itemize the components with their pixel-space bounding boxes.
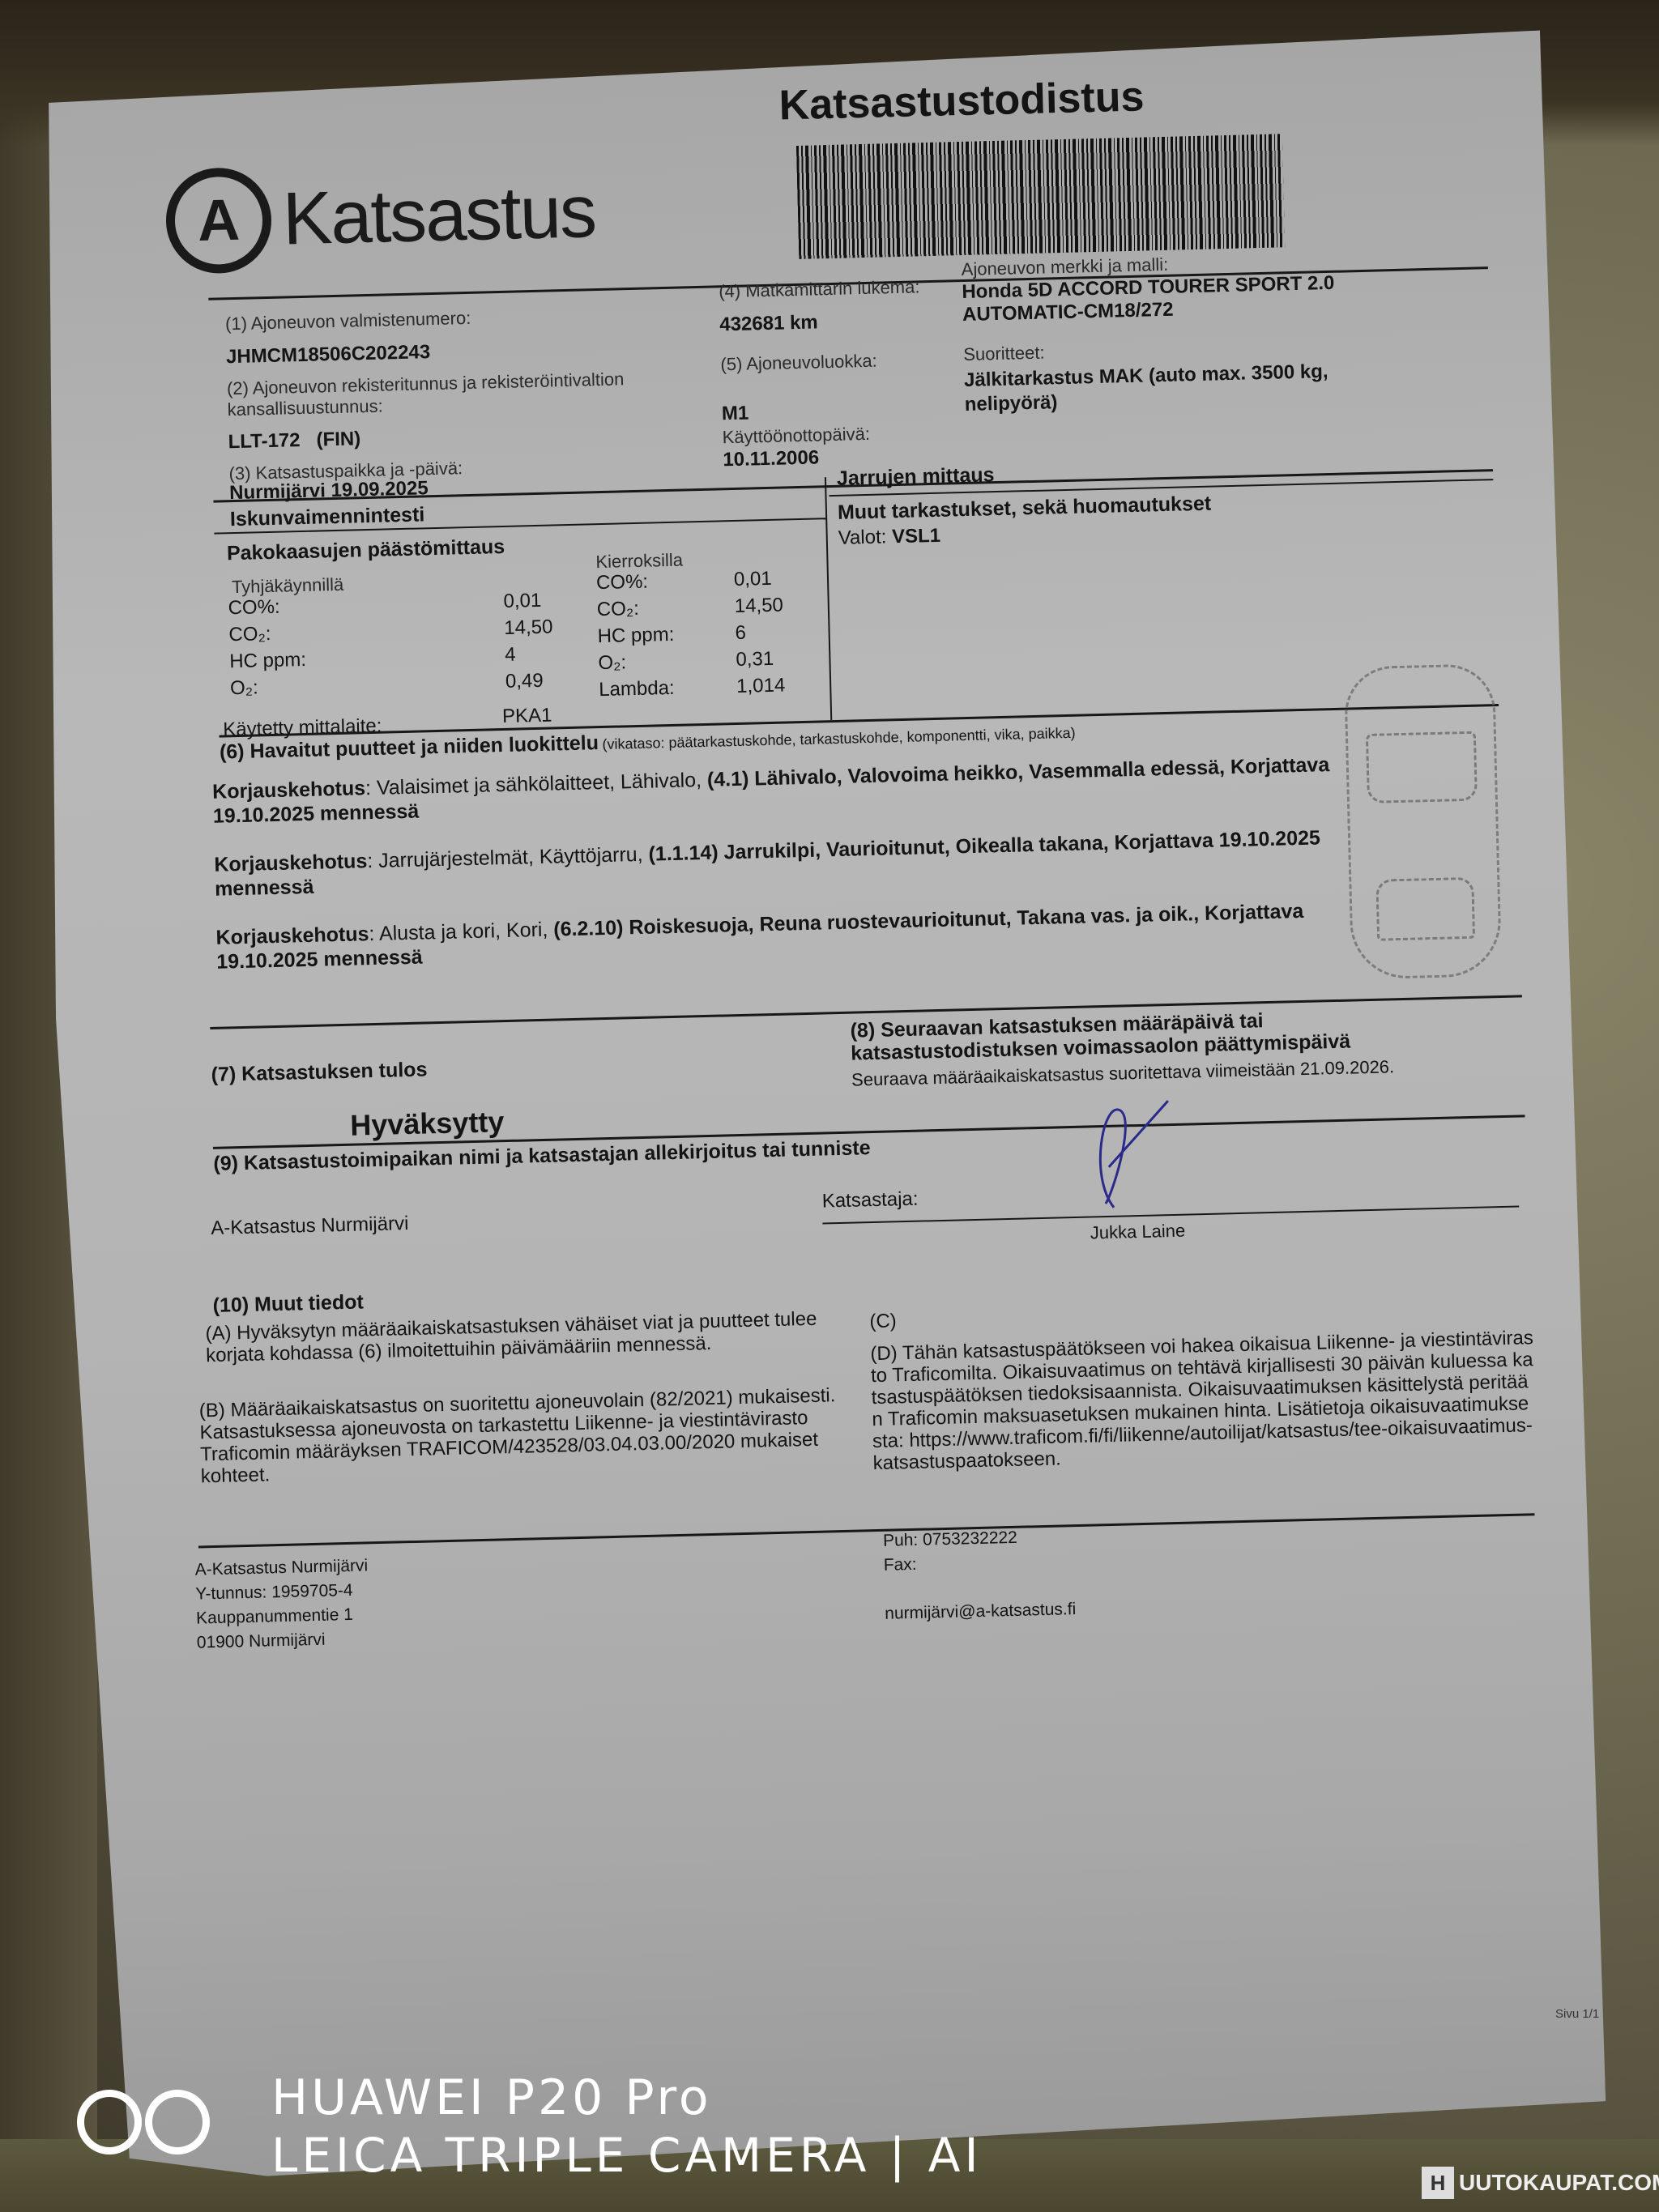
document-title: Katsastustodistus xyxy=(778,72,1145,130)
barcode xyxy=(796,134,1285,259)
footer-contact: Puh: 0753232222 Fax: nurmijärvi@a-katsas… xyxy=(883,1524,1077,1626)
emission-label: CO₂: xyxy=(597,598,640,620)
car-rear-window xyxy=(1375,877,1475,941)
emission-value: 14,50 xyxy=(734,595,783,618)
emission-label: HC ppm: xyxy=(229,649,306,672)
car-windshield xyxy=(1366,731,1478,803)
shock-test-heading: Iskunvaimennintesti xyxy=(230,503,425,531)
next-inspection-heading: (8) Seuraavan katsastuksen määräpäivä ta… xyxy=(850,1005,1434,1065)
lights-value: VSL1 xyxy=(892,525,941,548)
vehicle-class-label: (5) Ajoneuvoluokka: xyxy=(720,351,877,376)
footer-email[interactable]: nurmijärvi@a-katsastus.fi xyxy=(885,1597,1077,1626)
rpm-heading: Kierroksilla xyxy=(595,550,683,573)
station-name: A-Katsastus Nurmijärvi xyxy=(211,1213,409,1240)
brand-logo: A Katsastus xyxy=(164,159,596,275)
footer-street: Kauppanummentie 1 xyxy=(196,1602,369,1630)
emissions-heading: Pakokaasujen päästömittaus xyxy=(227,535,505,565)
emission-label: O₂: xyxy=(230,676,258,699)
emission-row: Lambda:1,014 xyxy=(599,674,810,705)
odometer-value: 432681 km xyxy=(719,311,818,336)
defects-list: Korjauskehotus: Valaisimet ja sähkölaitt… xyxy=(212,752,1335,999)
emission-label: CO%: xyxy=(228,596,280,620)
emission-label: O₂: xyxy=(598,651,626,674)
performed-value: Jälkitarkastus MAK (auto max. 3500 kg, n… xyxy=(964,357,1418,417)
emission-label: CO%: xyxy=(596,571,649,595)
camera-rings-icon xyxy=(77,2090,210,2154)
performed-label: Suoritteet: xyxy=(963,343,1045,365)
registration-label: (2) Ajoneuvon rekisteritunnus ja rekiste… xyxy=(227,368,681,421)
site-watermark: H UUTOKAUPAT.COM xyxy=(1422,2167,1659,2199)
defect-item: Korjauskehotus: Alusta ja kori, Kori, (6… xyxy=(215,898,1334,974)
emission-label: CO₂: xyxy=(228,623,271,646)
footer-address: A-Katsastus Nurmijärvi Y-tunnus: 1959705… xyxy=(194,1554,369,1655)
other-info-b: (B) Määräaikaiskatsastus on suoritettu a… xyxy=(199,1384,857,1488)
odometer-label: (4) Matkamittarin lukema: xyxy=(719,276,920,302)
other-info-a: (A) Hyväksytyn määräaikaiskatsastuksen v… xyxy=(205,1307,854,1367)
car-diagram xyxy=(1344,663,1502,979)
result-value: Hyväksytty xyxy=(350,1105,505,1143)
device-value: PKA1 xyxy=(502,705,552,728)
registration-value: LLT-172 (FIN) xyxy=(228,428,360,454)
emission-value: 0,49 xyxy=(505,670,544,693)
first-use-value: 10.11.2006 xyxy=(723,446,819,471)
emission-value: 14,50 xyxy=(504,616,553,639)
inspector-signature xyxy=(1079,1093,1179,1217)
brakes-heading: Jarrujen mittaus xyxy=(837,463,995,491)
other-checks-heading: Muut tarkastukset, sekä huomautukset xyxy=(838,492,1212,525)
inspector-label: Katsastaja: xyxy=(821,1188,918,1213)
emission-label: Lambda: xyxy=(599,677,675,701)
emission-value: 0,31 xyxy=(736,648,774,671)
defect-item: Korjauskehotus: Jarrujärjestelmät, Käytt… xyxy=(214,825,1333,901)
result-heading: (7) Katsastuksen tulos xyxy=(211,1058,427,1087)
emission-value: 6 xyxy=(735,622,746,645)
inspection-certificate: Katsastustodistus A Katsastus (1) Ajoneu… xyxy=(32,30,1606,2180)
first-use-label: Käyttöönottopäivä: xyxy=(722,424,870,448)
page-number: Sivu 1/1 xyxy=(1555,2007,1599,2021)
signature-heading: (9) Katsastustoimipaikan nimi ja katsast… xyxy=(213,1136,871,1176)
brand-name: Katsastus xyxy=(282,169,596,262)
lights-label: Valot: xyxy=(838,526,886,548)
defects-note: (vikataso: päätarkastuskohde, tarkastusk… xyxy=(602,725,1076,752)
vin-value: JHMCM18506C202243 xyxy=(226,341,431,369)
vin-label: (1) Ajoneuvon valmistenumero: xyxy=(225,308,471,335)
rpm-table: CO%:0,01CO₂:14,50HC ppm:6O₂:0,31Lambda:1… xyxy=(596,567,810,705)
huutokaupat-logo-icon: H xyxy=(1422,2167,1454,2199)
idle-table: CO%:0,01CO₂:14,50HC ppm:4O₂:0,49 xyxy=(228,589,554,704)
inspector-name: Jukka Laine xyxy=(1090,1221,1186,1244)
other-info-heading: (10) Muut tiedot xyxy=(212,1290,364,1318)
a-katsastus-logo-icon: A xyxy=(164,167,272,275)
emission-value: 0,01 xyxy=(734,568,772,591)
camera-line2: LEICA TRIPLE CAMERA | AI xyxy=(271,2128,983,2183)
defect-item: Korjauskehotus: Valaisimet ja sähkölaitt… xyxy=(212,752,1331,829)
other-info-d: (D) Tähän katsastuspäätökseen voi hakea … xyxy=(870,1327,1537,1474)
vehicle-class-value: M1 xyxy=(722,402,749,425)
site-name: UUTOKAUPAT.COM xyxy=(1459,2170,1659,2196)
emission-value: 0,01 xyxy=(503,590,541,613)
camera-model: HUAWEI P20 Pro xyxy=(271,2069,712,2126)
footer-city: 01900 Nurmijärvi xyxy=(197,1626,370,1655)
lights-row: Valot: VSL1 xyxy=(838,525,940,550)
emission-label: HC ppm: xyxy=(597,624,674,647)
emission-value: 4 xyxy=(505,644,516,667)
emission-value: 1,014 xyxy=(736,675,786,698)
other-info-c: (C) xyxy=(869,1310,897,1333)
